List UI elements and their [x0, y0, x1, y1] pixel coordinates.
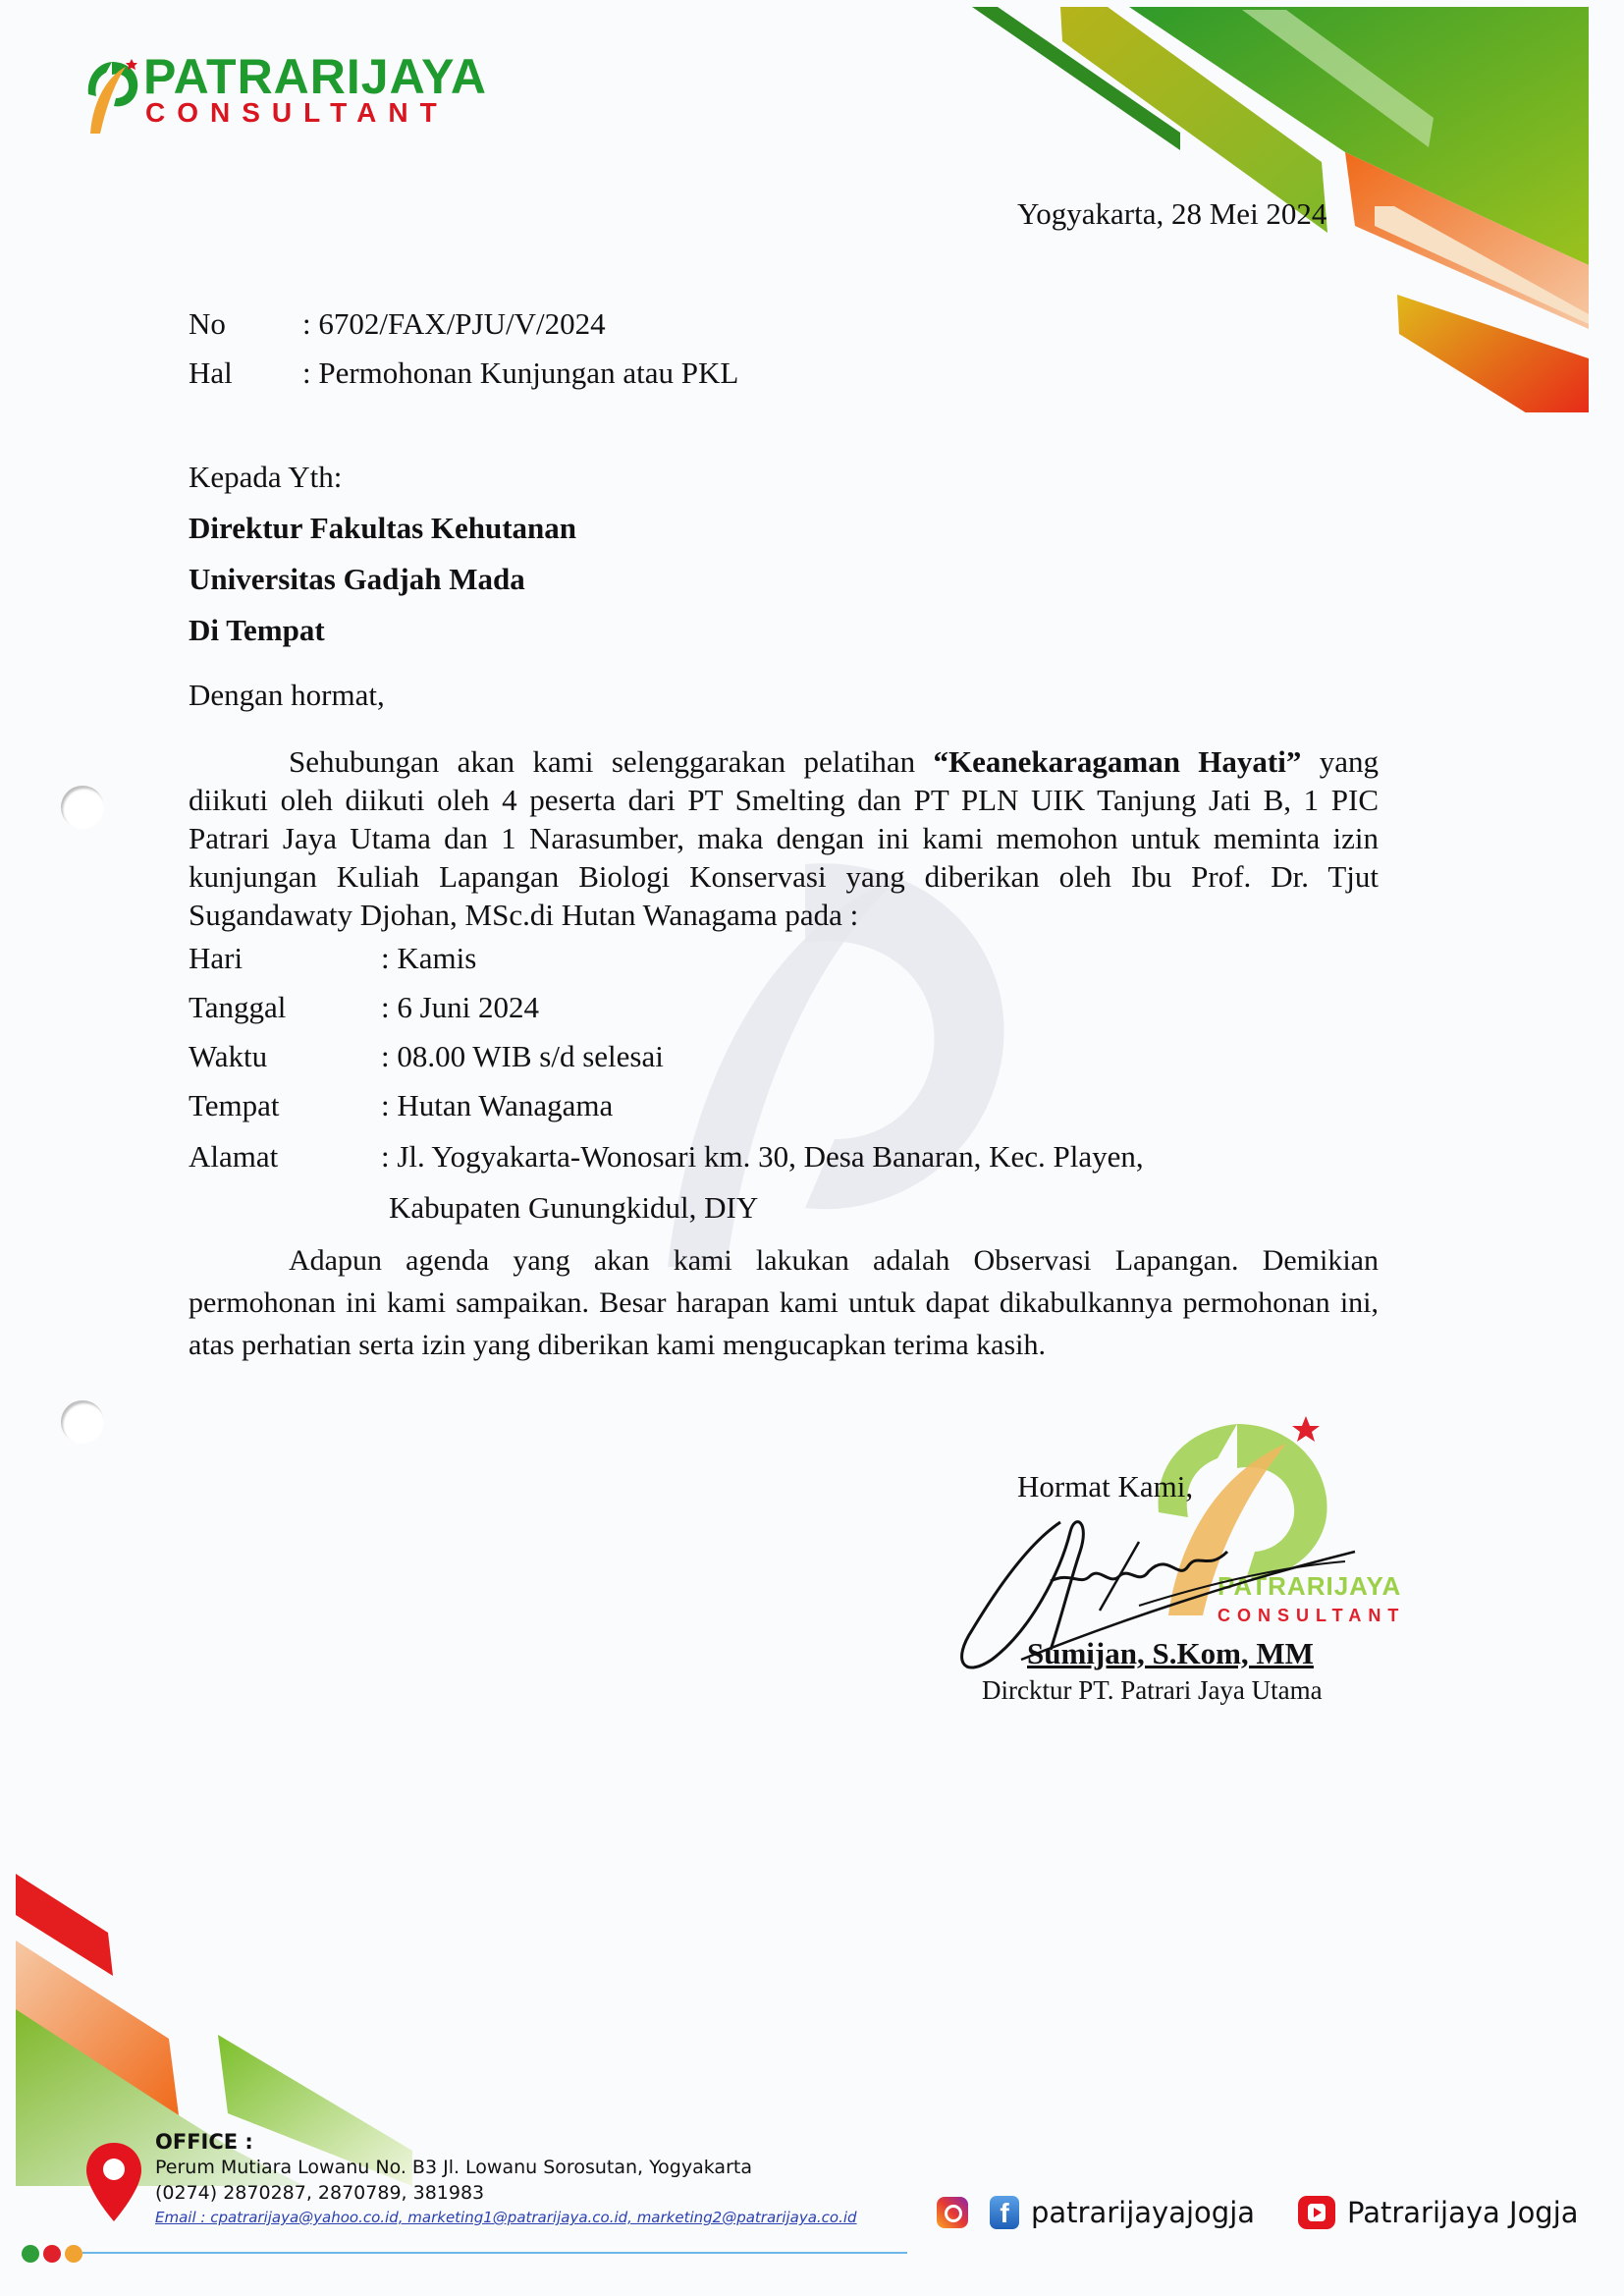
- greeting: Dengan hormat,: [189, 678, 385, 713]
- detail-label: Hari: [189, 941, 381, 976]
- training-title: “Keanekaragaman Hayati”: [934, 744, 1302, 779]
- punch-hole: [61, 1400, 104, 1444]
- detail-row: Alamat: Jl. Yogyakarta-Wonosari km. 30, …: [189, 1139, 1144, 1175]
- closing-paragraph: Adapun agenda yang akan kami lakukan ada…: [189, 1239, 1379, 1366]
- recipient-line: Di Tempat: [189, 605, 576, 656]
- dot-green: [22, 2245, 39, 2263]
- instagram-icon[interactable]: [937, 2197, 968, 2228]
- company-stamp: PATRARIJAYA CONSULTANT: [1080, 1404, 1355, 1650]
- dot-red: [43, 2245, 61, 2263]
- footer-dots: [22, 2245, 86, 2268]
- detail-label: Waktu: [189, 1039, 381, 1074]
- detail-row: Kabupaten Gunungkidul, DIY: [189, 1190, 758, 1226]
- footer-divider: [82, 2252, 907, 2254]
- detail-row: Hari: Kamis: [189, 941, 476, 976]
- brand-name: PATRARIJAYA: [143, 51, 487, 102]
- detail-value: : 08.00 WIB s/d selesai: [381, 1039, 664, 1073]
- detail-value: Kabupaten Gunungkidul, DIY: [389, 1190, 758, 1225]
- detail-value: : Kamis: [381, 941, 476, 975]
- company-logo: PATRARIJAYA CONSULTANT: [82, 51, 514, 130]
- detail-value: : 6 Juni 2024: [381, 990, 539, 1024]
- location-pin-icon: [84, 2141, 143, 2223]
- body-text-start: Sehubungan akan kami selenggarakan pelat…: [289, 744, 934, 779]
- recipient-intro: Kepada Yth:: [189, 452, 576, 503]
- signatory-name: Sumijan, S.Kom, MM: [1027, 1636, 1314, 1671]
- office-address: Perum Mutiara Lowanu No. B3 Jl. Lowanu S…: [155, 2155, 857, 2180]
- detail-row: Tempat: Hutan Wanagama: [189, 1088, 613, 1123]
- detail-row: Tanggal: 6 Juni 2024: [189, 990, 539, 1025]
- youtube-channel[interactable]: Patrarijaya Jogja: [1347, 2196, 1579, 2229]
- office-title: OFFICE :: [155, 2129, 857, 2155]
- stamp-brand-subtitle: CONSULTANT: [1218, 1606, 1405, 1626]
- office-phones: (0274) 2870287, 2870789, 381983: [155, 2180, 857, 2206]
- signatory-title: Dircktur PT. Patrari Jaya Utama: [982, 1675, 1323, 1706]
- office-email[interactable]: Email : cpatrarijaya@yahoo.co.id, market…: [155, 2206, 857, 2229]
- recipient-line: Direktur Fakultas Kehutanan: [189, 503, 576, 554]
- meta-subject: Hal: Permohonan Kunjungan atau PKL: [189, 355, 738, 391]
- meta-value: : Permohonan Kunjungan atau PKL: [302, 355, 738, 390]
- logo-mark-icon: [82, 57, 141, 136]
- meta-label: No: [189, 306, 302, 342]
- letter-date: Yogyakarta, 28 Mei 2024: [1017, 196, 1326, 232]
- recipient-line: Universitas Gadjah Mada: [189, 554, 576, 605]
- recipient-block: Kepada Yth: Direktur Fakultas Kehutanan …: [189, 452, 576, 656]
- social-handle[interactable]: patrarijayajogja: [1031, 2196, 1255, 2229]
- closing-text: Adapun agenda yang akan kami lakukan ada…: [189, 1239, 1379, 1366]
- detail-label: Tempat: [189, 1088, 381, 1123]
- social-links: f patrarijayajogja Patrarijaya Jogja: [937, 2196, 1579, 2229]
- youtube-icon[interactable]: [1298, 2196, 1335, 2229]
- closing-salutation: Hormat Kami,: [1017, 1469, 1193, 1504]
- facebook-icon[interactable]: f: [990, 2196, 1019, 2229]
- dot-orange: [65, 2245, 82, 2263]
- punch-hole: [61, 786, 104, 829]
- detail-value: : Hutan Wanagama: [381, 1088, 613, 1122]
- meta-number: No: 6702/FAX/PJU/V/2024: [189, 306, 606, 342]
- stamp-brand-name: PATRARIJAYA: [1218, 1571, 1401, 1602]
- detail-label: Alamat: [189, 1139, 381, 1175]
- meta-value: : 6702/FAX/PJU/V/2024: [302, 306, 606, 341]
- office-info: OFFICE : Perum Mutiara Lowanu No. B3 Jl.…: [155, 2129, 857, 2229]
- detail-row: Waktu: 08.00 WIB s/d selesai: [189, 1039, 664, 1074]
- body-paragraph: Sehubungan akan kami selenggarakan pelat…: [189, 742, 1379, 934]
- meta-label: Hal: [189, 355, 302, 391]
- detail-value: : Jl. Yogyakarta-Wonosari km. 30, Desa B…: [381, 1139, 1144, 1174]
- brand-subtitle: CONSULTANT: [145, 98, 449, 128]
- detail-label: Tanggal: [189, 990, 381, 1025]
